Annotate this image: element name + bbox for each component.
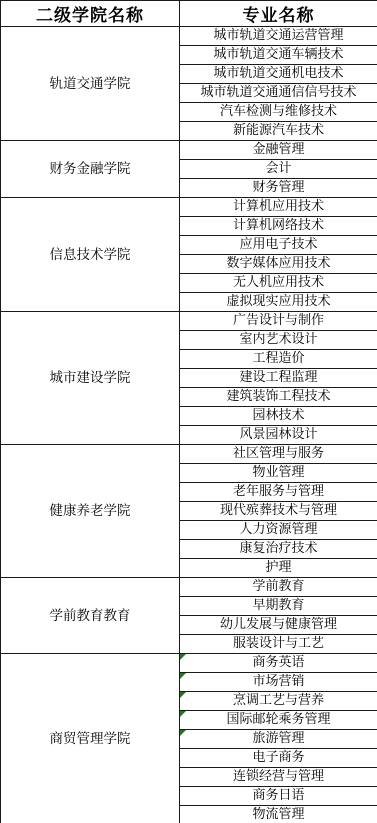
major-cell[interactable]: 金融管理	[180, 141, 377, 160]
major-name: 电子商务	[252, 750, 304, 765]
major-cell[interactable]: 市场营销	[180, 673, 377, 692]
major-name: 财务管理	[252, 180, 304, 195]
major-cell[interactable]: 室内艺术设计	[180, 331, 377, 350]
major-name: 商务英语	[252, 655, 304, 670]
major-cell[interactable]: 商务日语	[180, 787, 377, 806]
error-indicator-icon[interactable]	[180, 730, 186, 736]
major-cell[interactable]: 园林技术	[180, 407, 377, 426]
major-name: 城市轨道交通车辆技术	[213, 47, 343, 62]
major-cell[interactable]: 物流管理	[180, 806, 377, 823]
major-cell[interactable]: 服装设计与工艺	[180, 635, 377, 654]
major-cell[interactable]: 计算机应用技术	[180, 198, 377, 217]
major-cell[interactable]: 广告设计与制作	[180, 312, 377, 331]
table-row: 学前教育教育学前教育	[1, 578, 377, 597]
major-cell[interactable]: 烹调工艺与营养	[180, 692, 377, 711]
major-name: 服装设计与工艺	[233, 636, 324, 651]
major-cell[interactable]: 早期教育	[180, 597, 377, 616]
major-cell[interactable]: 电子商务	[180, 749, 377, 768]
major-cell[interactable]: 老年服务与管理	[180, 483, 377, 502]
major-name: 应用电子技术	[239, 237, 317, 252]
major-cell[interactable]: 会计	[180, 160, 377, 179]
major-name: 人力资源管理	[239, 522, 317, 537]
major-cell[interactable]: 学前教育	[180, 578, 377, 597]
major-cell[interactable]: 无人机应用技术	[180, 274, 377, 293]
major-cell[interactable]: 人力资源管理	[180, 521, 377, 540]
major-name: 数字媒体应用技术	[226, 256, 330, 271]
major-name: 老年服务与管理	[233, 484, 324, 499]
table-row: 信息技术学院计算机应用技术	[1, 198, 377, 217]
major-cell[interactable]: 虚拟现实应用技术	[180, 293, 377, 312]
major-cell[interactable]: 连锁经营与管理	[180, 768, 377, 787]
major-name: 幼儿发展与健康管理	[220, 617, 337, 632]
college-majors-table: 二级学院名称 专业名称 轨道交通学院城市轨道交通运营管理城市轨道交通车辆技术城市…	[0, 0, 377, 823]
major-cell[interactable]: 城市轨道交通车辆技术	[180, 46, 377, 65]
table-row: 城市建设学院广告设计与制作	[1, 312, 377, 331]
major-cell[interactable]: 汽车检测与维修技术	[180, 103, 377, 122]
major-cell[interactable]: 风景园林设计	[180, 426, 377, 445]
major-cell[interactable]: 现代殡葬技术与管理	[180, 502, 377, 521]
major-name: 国际邮轮乘务管理	[226, 712, 330, 727]
major-name: 金融管理	[252, 142, 304, 157]
major-cell[interactable]: 旅游管理	[180, 730, 377, 749]
major-cell[interactable]: 计算机网络技术	[180, 217, 377, 236]
major-name: 学前教育	[252, 579, 304, 594]
major-name: 连锁经营与管理	[233, 769, 324, 784]
major-cell[interactable]: 城市轨道交通运营管理	[180, 27, 377, 46]
major-name: 社区管理与服务	[233, 446, 324, 461]
major-cell[interactable]: 数字媒体应用技术	[180, 255, 377, 274]
major-cell[interactable]: 财务管理	[180, 179, 377, 198]
major-name: 旅游管理	[252, 731, 304, 746]
error-indicator-icon[interactable]	[180, 673, 186, 679]
major-name: 计算机应用技术	[233, 199, 324, 214]
major-name: 无人机应用技术	[233, 275, 324, 290]
major-name: 物流管理	[252, 807, 304, 822]
college-cell[interactable]: 轨道交通学院	[1, 27, 180, 141]
major-name: 建设工程监理	[239, 370, 317, 385]
major-name: 建筑装饰工程技术	[226, 389, 330, 404]
major-cell[interactable]: 城市轨道交通通信信号技术	[180, 84, 377, 103]
error-indicator-icon[interactable]	[180, 711, 186, 717]
error-indicator-icon[interactable]	[180, 654, 186, 660]
error-indicator-icon[interactable]	[180, 692, 186, 698]
major-name: 城市轨道交通机电技术	[213, 66, 343, 81]
table-row: 财务金融学院金融管理	[1, 141, 377, 160]
major-name: 城市轨道交通通信信号技术	[200, 85, 356, 100]
major-column-header[interactable]: 专业名称	[180, 1, 377, 27]
major-cell[interactable]: 工程造价	[180, 350, 377, 369]
major-name: 物业管理	[252, 465, 304, 480]
major-cell[interactable]: 护理	[180, 559, 377, 578]
major-cell[interactable]: 商务英语	[180, 654, 377, 673]
major-name: 风景园林设计	[239, 427, 317, 442]
major-cell[interactable]: 物业管理	[180, 464, 377, 483]
college-cell[interactable]: 商贸管理学院	[1, 654, 180, 823]
table-row: 商贸管理学院商务英语	[1, 654, 377, 673]
major-cell[interactable]: 建筑装饰工程技术	[180, 388, 377, 407]
major-name: 现代殡葬技术与管理	[220, 503, 337, 518]
major-name: 汽车检测与维修技术	[220, 104, 337, 119]
major-cell[interactable]: 国际邮轮乘务管理	[180, 711, 377, 730]
college-cell[interactable]: 健康养老学院	[1, 445, 180, 578]
major-cell[interactable]: 应用电子技术	[180, 236, 377, 255]
major-name: 城市轨道交通运营管理	[213, 28, 343, 43]
major-name: 虚拟现实应用技术	[226, 294, 330, 309]
header-row: 二级学院名称 专业名称	[1, 1, 377, 27]
major-name: 广告设计与制作	[233, 313, 324, 328]
college-cell[interactable]: 信息技术学院	[1, 198, 180, 312]
major-name: 会计	[265, 161, 291, 176]
college-column-header[interactable]: 二级学院名称	[1, 1, 180, 27]
table-row: 健康养老学院社区管理与服务	[1, 445, 377, 464]
major-name: 新能源汽车技术	[233, 123, 324, 138]
major-name: 康复治疗技术	[239, 541, 317, 556]
major-cell[interactable]: 建设工程监理	[180, 369, 377, 388]
major-name: 烹调工艺与营养	[233, 693, 324, 708]
major-name: 护理	[265, 560, 291, 575]
major-cell[interactable]: 新能源汽车技术	[180, 122, 377, 141]
major-name: 早期教育	[252, 598, 304, 613]
college-cell[interactable]: 学前教育教育	[1, 578, 180, 654]
college-cell[interactable]: 财务金融学院	[1, 141, 180, 198]
major-name: 室内艺术设计	[239, 332, 317, 347]
college-cell[interactable]: 城市建设学院	[1, 312, 180, 445]
major-name: 计算机网络技术	[233, 218, 324, 233]
major-cell[interactable]: 幼儿发展与健康管理	[180, 616, 377, 635]
major-cell[interactable]: 社区管理与服务	[180, 445, 377, 464]
major-cell[interactable]: 城市轨道交通机电技术	[180, 65, 377, 84]
table-row: 轨道交通学院城市轨道交通运营管理	[1, 27, 377, 46]
major-name: 园林技术	[252, 408, 304, 423]
major-cell[interactable]: 康复治疗技术	[180, 540, 377, 559]
major-name: 商务日语	[252, 788, 304, 803]
major-name: 工程造价	[252, 351, 304, 366]
major-name: 市场营销	[252, 674, 304, 689]
